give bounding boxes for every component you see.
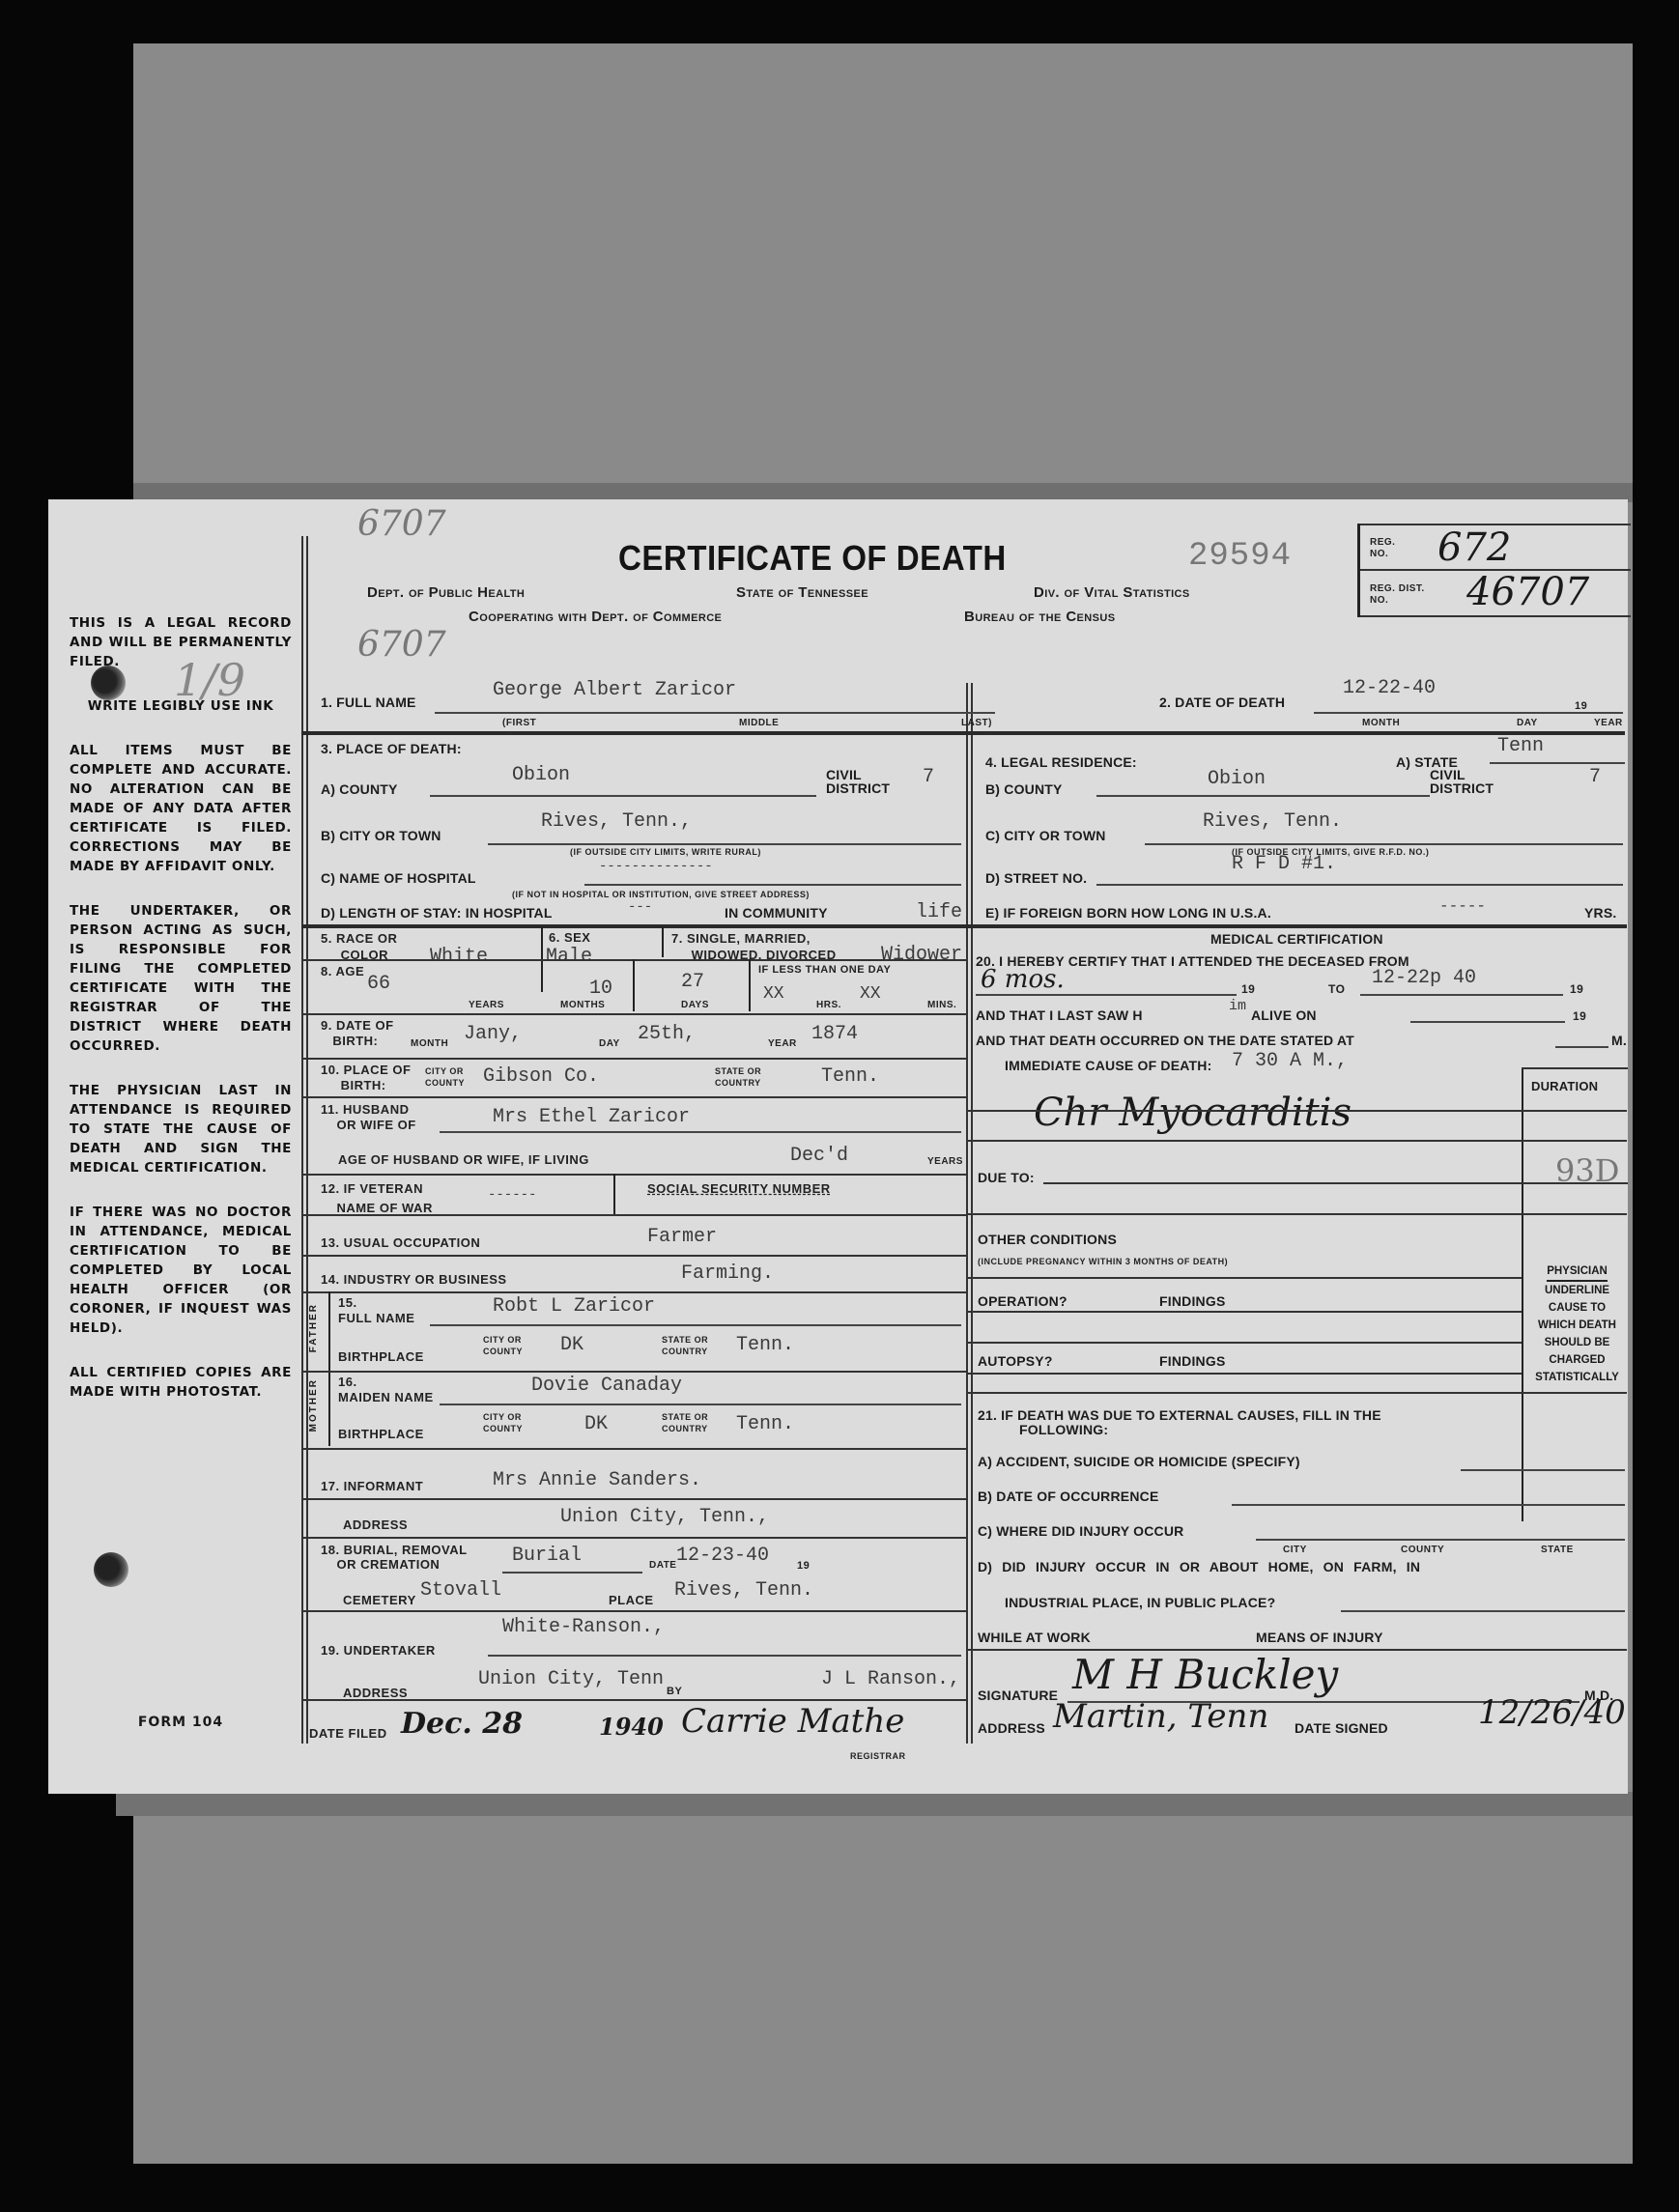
alive-on-label: ALIVE ON xyxy=(1251,1007,1317,1023)
header-bureau: Bureau of the Census xyxy=(964,609,1115,625)
death-county-value: Obion xyxy=(512,764,570,786)
father-name-label: FULL NAME xyxy=(338,1311,414,1325)
label-line: COUNTRY xyxy=(662,1424,708,1433)
injury-county-sublabel: COUNTY xyxy=(1401,1545,1444,1555)
mother-city-value: DK xyxy=(584,1413,608,1435)
residence-state-value: Tenn xyxy=(1497,735,1544,757)
label-line: STATE OR xyxy=(662,1412,708,1422)
cell-divider xyxy=(633,959,635,1011)
spouse-age-value: Dec'd xyxy=(790,1145,848,1167)
burial-place-label: PLACE xyxy=(609,1593,654,1607)
row-divider xyxy=(301,959,968,961)
header-dept: Dept. of Public Health xyxy=(367,584,525,601)
label-line: 11. HUSBAND xyxy=(321,1102,409,1117)
occupation-value: Farmer xyxy=(647,1226,717,1248)
age-months-label: MONTHS xyxy=(560,1000,605,1010)
row-divider xyxy=(301,1448,968,1450)
first-sublabel: (FIRST xyxy=(502,718,536,728)
reg-no-value: 672 xyxy=(1437,525,1511,570)
note-line: CHARGED xyxy=(1526,1351,1628,1369)
instruction-photostat: ALL CERTIFIED COPIES ARE MADE WITH PHOTO… xyxy=(70,1363,292,1402)
injury-where-label: C) WHERE DID INJURY OCCUR xyxy=(978,1523,1183,1539)
label-line: BIRTH: xyxy=(332,1034,378,1048)
race-label: 5. RACE OR COLOR xyxy=(321,930,397,963)
physician-address-value: Martin, Tenn xyxy=(1053,1697,1268,1736)
age-mins-label: MINS. xyxy=(927,1000,956,1010)
year-sublabel: YEAR xyxy=(1594,718,1623,728)
veteran-value: ------ xyxy=(488,1187,536,1203)
external-causes-heading: 21. IF DEATH WAS DUE TO EXTERNAL CAUSES,… xyxy=(978,1407,1381,1423)
row-divider xyxy=(301,1537,968,1539)
underline xyxy=(1232,1504,1625,1506)
cell-divider xyxy=(613,1174,615,1214)
underline xyxy=(488,1655,961,1657)
instruction-complete-accurate: ALL ITEMS MUST BE COMPLETE AND ACCURATE.… xyxy=(70,741,292,876)
father-birthplace-label: BIRTHPLACE xyxy=(338,1349,424,1364)
section-divider xyxy=(301,731,1625,735)
underline xyxy=(1256,1539,1625,1541)
label-line: 9. DATE OF xyxy=(321,1018,394,1033)
underline xyxy=(1145,843,1623,845)
while-at-work-label: WHILE AT WORK xyxy=(978,1630,1091,1645)
last-sublabel: LAST) xyxy=(961,718,992,728)
underline xyxy=(1461,1469,1625,1471)
label-line: 7. SINGLE, MARRIED, xyxy=(671,931,811,946)
industry-label: 14. INDUSTRY OR BUSINESS xyxy=(321,1272,507,1287)
note-line: CAUSE TO xyxy=(1526,1299,1628,1317)
dob-month-value: Jany, xyxy=(464,1023,522,1045)
father-state-value: Tenn. xyxy=(736,1334,794,1356)
foreign-yrs-label: YRS. xyxy=(1584,905,1616,921)
undertaker-by-label: BY xyxy=(667,1686,682,1697)
cemetery-label: CEMETERY xyxy=(343,1593,416,1607)
registration-box: REG.NO. 672 REG. DIST.NO. 46707 xyxy=(1357,524,1631,617)
date-signed-value: 12/26/40 xyxy=(1478,1693,1626,1732)
alive-year-prefix: 19 xyxy=(1573,1009,1586,1023)
injury-state-sublabel: STATE xyxy=(1541,1545,1574,1555)
row-divider xyxy=(301,1214,968,1216)
section-divider xyxy=(968,924,1627,928)
instructions-sidebar: THIS IS A LEGAL RECORD AND WILL BE PERMA… xyxy=(70,613,292,1427)
mother-birthplace-label: BIRTHPLACE xyxy=(338,1427,424,1441)
burial-date-value: 12-23-40 xyxy=(676,1545,769,1567)
veteran-label: 12. IF VETERAN NAME OF WAR xyxy=(321,1179,433,1218)
pencil-note: 6707 xyxy=(357,625,446,665)
underline xyxy=(440,1131,961,1133)
middle-sublabel: MIDDLE xyxy=(739,718,779,728)
full-name-label: 1. FULL NAME xyxy=(321,695,416,710)
underline xyxy=(430,1324,961,1326)
punch-hole-icon xyxy=(94,1552,128,1587)
injury-place-label-2: INDUSTRIAL PLACE, IN PUBLIC PLACE? xyxy=(1005,1595,1275,1610)
label-line: NO. xyxy=(1370,595,1388,606)
underline xyxy=(1341,1610,1625,1612)
row-divider xyxy=(301,1255,968,1257)
hospital-label: C) NAME OF HOSPITAL xyxy=(321,870,476,886)
date-filed-label: DATE FILED xyxy=(309,1726,387,1741)
physician-signature: M H Buckley xyxy=(1072,1651,1338,1698)
residence-civil-district-label: CIVILDISTRICT xyxy=(1430,768,1494,795)
cell-divider xyxy=(749,959,751,1011)
spouse-age-label: AGE OF HUSBAND OR WIFE, IF LIVING xyxy=(338,1152,589,1167)
mother-name-label: MAIDEN NAME xyxy=(338,1390,434,1404)
registrar-label: REGISTRAR xyxy=(850,1751,906,1761)
row-divider xyxy=(301,1174,968,1176)
section-divider xyxy=(968,1392,1627,1394)
age-hrs-value: XX xyxy=(763,984,784,1004)
death-county-label: A) COUNTY xyxy=(321,781,398,797)
label-line: 12. IF VETERAN xyxy=(321,1181,423,1196)
row-divider xyxy=(1522,1067,1628,1069)
full-name-value: George Albert Zaricor xyxy=(493,679,736,701)
attended-to-value: 12-22p 40 xyxy=(1372,967,1476,989)
operation-label: OPERATION? xyxy=(978,1293,1067,1309)
label-line: REG. DIST. xyxy=(1370,583,1425,594)
external-causes-heading-2: FOLLOWING: xyxy=(1019,1422,1108,1437)
age-label: 8. AGE xyxy=(321,964,364,978)
hospital-note: (IF NOT IN HOSPITAL OR INSTITUTION, GIVE… xyxy=(512,890,810,899)
physician-address-label: ADDRESS xyxy=(978,1720,1045,1736)
label-line: BIRTH: xyxy=(341,1078,386,1092)
label-line: COUNTY xyxy=(425,1078,465,1088)
label-line: COUNTRY xyxy=(715,1078,761,1088)
underline xyxy=(1410,1021,1565,1023)
row-divider xyxy=(968,1342,1522,1344)
underline xyxy=(584,884,961,886)
cause-of-death-value: Chr Myocarditis xyxy=(1034,1091,1352,1135)
father-name-value: Robt L Zaricor xyxy=(493,1295,655,1318)
burial-label: 18. BURIAL, REMOVAL OR CREMATION xyxy=(321,1543,468,1572)
race-value: White xyxy=(430,946,488,968)
occupation-label: 13. USUAL OCCUPATION xyxy=(321,1235,480,1250)
underline xyxy=(1096,795,1430,797)
residence-city-label: C) CITY OR TOWN xyxy=(985,828,1106,843)
date-filed-value: Dec. 28 xyxy=(401,1707,523,1741)
father-side-label: FATHER xyxy=(308,1303,319,1352)
punch-hole-icon xyxy=(91,666,126,700)
pob-label: 10. PLACE OF BIRTH: xyxy=(321,1063,411,1093)
date-of-death-value: 12-22-40 xyxy=(1343,677,1436,699)
attended-from-value: 6 mos. xyxy=(981,965,1065,994)
last-saw-fill: im xyxy=(1229,998,1246,1014)
underline xyxy=(435,712,995,714)
pob-city-value: Gibson Co. xyxy=(483,1065,599,1088)
age-months-value: 10 xyxy=(589,978,612,1000)
injury-place-label: D) DID INJURY OCCUR IN OR ABOUT HOME, ON… xyxy=(978,1559,1420,1574)
dob-day-value: 25th, xyxy=(638,1023,696,1045)
underline xyxy=(1555,1046,1608,1048)
frame-left-border xyxy=(301,536,308,1744)
form-number: FORM 104 xyxy=(70,1715,292,1730)
label-line: DISTRICT xyxy=(826,780,890,796)
father-state-label: STATE ORCOUNTRY xyxy=(662,1334,708,1357)
label-line: OR CREMATION xyxy=(336,1557,440,1572)
foreign-born-label: E) IF FOREIGN BORN HOW LONG IN U.S.A. xyxy=(985,905,1271,921)
mother-name-value: Dovie Canaday xyxy=(531,1375,682,1397)
spouse-years-label: YEARS xyxy=(927,1156,963,1167)
underline xyxy=(502,1572,642,1574)
underline xyxy=(1490,762,1625,764)
undertaker-value: White-Ranson., xyxy=(502,1616,665,1638)
undertaker-address-value: Union City, Tenn xyxy=(478,1668,664,1690)
cemetery-value: Stovall xyxy=(420,1579,501,1602)
operation-findings-label: FINDINGS xyxy=(1159,1293,1226,1309)
death-district-value: 7 xyxy=(923,766,934,788)
date-of-death-label: 2. DATE OF DEATH xyxy=(1159,695,1285,710)
age-years-label: YEARS xyxy=(469,1000,504,1010)
stay-community-label: IN COMMUNITY xyxy=(725,905,828,921)
burial-year-prefix: 19 xyxy=(797,1560,810,1572)
label-line: CITY OR xyxy=(483,1335,522,1345)
residence-county-label: B) COUNTY xyxy=(985,781,1063,797)
physician-underline-note: PHYSICIAN UNDERLINE CAUSE TO WHICH DEATH… xyxy=(1526,1262,1628,1386)
ssn-label: SOCIAL SECURITY NUMBER xyxy=(647,1181,831,1196)
marital-value: Widower xyxy=(881,944,962,966)
header-division: Div. of Vital Statistics xyxy=(1034,584,1190,601)
row-divider xyxy=(301,1699,968,1701)
underline xyxy=(430,795,816,797)
sex-label: 6. SEX xyxy=(549,930,590,945)
section-divider xyxy=(301,924,968,928)
instruction-undertaker: THE UNDERTAKER, OR PERSON ACTING AS SUCH… xyxy=(70,901,292,1056)
cell-divider xyxy=(328,1291,330,1446)
residence-city-value: Rives, Tenn. xyxy=(1203,810,1342,833)
label-line: CITY OR xyxy=(483,1412,522,1422)
date-filed-year: 1940 xyxy=(599,1713,664,1741)
undertaker-address-label: ADDRESS xyxy=(343,1686,408,1700)
place-of-death-heading: 3. PLACE OF DEATH: xyxy=(321,741,462,756)
dob-day-label: DAY xyxy=(599,1038,620,1049)
means-of-injury-label: MEANS OF INJURY xyxy=(1256,1630,1383,1645)
medical-heading: MEDICAL CERTIFICATION xyxy=(1210,931,1383,947)
industry-value: Farming. xyxy=(681,1262,774,1285)
age-mins-value: XX xyxy=(860,984,881,1004)
informant-value: Mrs Annie Sanders. xyxy=(493,1469,701,1491)
mother-state-label: STATE ORCOUNTRY xyxy=(662,1411,708,1434)
stay-hospital-value: --- xyxy=(628,899,652,915)
to-year-prefix: 19 xyxy=(1570,982,1583,996)
label-line: 5. RACE OR xyxy=(321,931,397,946)
sex-value: Male xyxy=(546,946,592,968)
certificate-stamp-number: 29594 xyxy=(1188,538,1292,575)
label-line: OR WIFE OF xyxy=(336,1118,415,1132)
duration-column-divider xyxy=(1522,1067,1523,1521)
cell-divider xyxy=(662,926,664,957)
row-divider xyxy=(301,1498,968,1500)
label-line: REG. xyxy=(1370,537,1395,548)
to-label: TO xyxy=(1328,982,1345,996)
pencil-note: 6707 xyxy=(357,504,446,544)
note-line: SHOULD BE xyxy=(1526,1334,1628,1351)
father-city-label: CITY ORCOUNTY xyxy=(483,1334,523,1357)
note-line: WHICH DEATH xyxy=(1526,1317,1628,1334)
stay-community-value: life xyxy=(916,901,962,923)
cause-line xyxy=(1043,1182,1628,1184)
label-line: NO. xyxy=(1370,549,1388,559)
label-line: 10. PLACE OF xyxy=(321,1063,411,1077)
row-divider xyxy=(968,1311,1522,1313)
marital-label: 7. SINGLE, MARRIED, WIDOWED, DIVORCED xyxy=(671,930,837,963)
hospital-value: -------------- xyxy=(599,859,713,874)
meridiem-label: M. xyxy=(1611,1033,1627,1048)
age-hrs-label: HRS. xyxy=(816,1000,841,1010)
label-line: COUNTY xyxy=(483,1424,523,1433)
underline xyxy=(1360,994,1563,996)
spouse-label: 11. HUSBAND OR WIFE OF xyxy=(321,1102,416,1133)
dob-year-value: 1874 xyxy=(811,1023,858,1045)
accident-label: A) ACCIDENT, SUICIDE OR HOMICIDE (SPECIF… xyxy=(978,1454,1300,1469)
father-num: 15. xyxy=(338,1295,357,1310)
death-city-label: B) CITY OR TOWN xyxy=(321,828,441,843)
burial-date-label: DATE xyxy=(649,1560,676,1571)
row-divider xyxy=(301,1096,968,1098)
autopsy-findings-label: FINDINGS xyxy=(1159,1353,1226,1369)
foreign-born-value: ----- xyxy=(1439,897,1486,915)
reg-no-label: REG.NO. xyxy=(1370,537,1395,560)
legal-residence-heading: 4. LEGAL RESIDENCE: xyxy=(985,754,1137,770)
underline xyxy=(1096,884,1623,886)
note-line: PHYSICIAN xyxy=(1547,1262,1608,1282)
label-line: STATE OR xyxy=(662,1335,708,1345)
label-line: NAME OF WAR xyxy=(336,1201,432,1215)
label-line: 18. BURIAL, REMOVAL xyxy=(321,1543,468,1557)
signature-label: SIGNATURE xyxy=(978,1687,1058,1703)
age-years-value: 66 xyxy=(367,973,390,995)
underline xyxy=(976,994,1237,996)
year-prefix: 19 xyxy=(1575,700,1587,712)
undertaker-label: 19. UNDERTAKER xyxy=(321,1643,436,1658)
mother-state-value: Tenn. xyxy=(736,1413,794,1435)
mother-num: 16. xyxy=(338,1375,357,1389)
label-line: STATE OR xyxy=(715,1066,761,1076)
stay-hospital-label: D) LENGTH OF STAY: IN HOSPITAL xyxy=(321,905,553,921)
row-divider xyxy=(968,1277,1522,1279)
month-sublabel: MONTH xyxy=(1362,718,1400,728)
day-sublabel: DAY xyxy=(1517,718,1538,728)
note-line: UNDERLINE xyxy=(1526,1282,1628,1299)
death-city-note: (IF OUTSIDE CITY LIMITS, WRITE RURAL) xyxy=(570,847,761,857)
street-value: R F D #1. xyxy=(1232,853,1336,875)
residence-county-value: Obion xyxy=(1208,768,1266,790)
spouse-value: Mrs Ethel Zaricor xyxy=(493,1106,690,1128)
other-conditions-note: (INCLUDE PREGNANCY WITHIN 3 MONTHS OF DE… xyxy=(978,1257,1228,1266)
header-state: State of Tennessee xyxy=(736,584,868,601)
note-line: STATISTICALLY xyxy=(1526,1369,1628,1386)
death-time-value: 7 30 A M., xyxy=(1232,1050,1348,1072)
pob-state-label: STATE ORCOUNTRY xyxy=(715,1065,761,1089)
informant-address-value: Union City, Tenn., xyxy=(560,1506,769,1528)
occurrence-date-label: B) DATE OF OCCURRENCE xyxy=(978,1489,1159,1504)
mount-shadow xyxy=(116,1792,1633,1816)
informant-label: 17. INFORMANT xyxy=(321,1479,423,1493)
row-divider xyxy=(301,1058,968,1060)
age-days-value: 27 xyxy=(681,971,704,993)
dob-label: 9. DATE OF BIRTH: xyxy=(321,1018,394,1049)
due-to-label: DUE TO: xyxy=(978,1170,1035,1185)
informant-address-label: ADDRESS xyxy=(343,1517,408,1532)
reg-dist-label: REG. DIST.NO. xyxy=(1370,583,1425,607)
row-divider xyxy=(968,1373,1522,1375)
last-saw-label: AND THAT I LAST SAW H xyxy=(976,1007,1143,1023)
label-line: COUNTY xyxy=(483,1347,523,1356)
page-title: CERTIFICATE OF DEATH xyxy=(618,538,1007,579)
reg-dist-value: 46707 xyxy=(1466,570,1589,614)
cause-line xyxy=(968,1110,1627,1112)
label-line: DISTRICT xyxy=(1430,780,1494,796)
pob-state-value: Tenn. xyxy=(821,1065,879,1088)
death-occurred-label: AND THAT DEATH OCCURRED ON THE DATE STAT… xyxy=(976,1033,1354,1048)
divider xyxy=(1360,615,1631,617)
cause-line xyxy=(968,1213,1627,1215)
death-certificate: THIS IS A LEGAL RECORD AND WILL BE PERMA… xyxy=(48,499,1628,1794)
residence-district-value: 7 xyxy=(1589,766,1601,788)
registrar-signature: Carrie Mathe xyxy=(681,1702,904,1741)
undertaker-by-value: J L Ranson., xyxy=(821,1668,960,1690)
less-than-day-label: IF LESS THAN ONE DAY xyxy=(758,964,891,976)
pencil-mark: 1/9 xyxy=(174,654,245,706)
from-year-prefix: 19 xyxy=(1241,982,1255,996)
death-city-value: Rives, Tenn., xyxy=(541,810,692,833)
underline xyxy=(488,843,961,845)
mother-side-label: MOTHER xyxy=(308,1378,319,1432)
dob-month-label: MONTH xyxy=(411,1038,448,1049)
row-divider xyxy=(301,1013,968,1015)
immediate-cause-label: IMMEDIATE CAUSE OF DEATH: xyxy=(1005,1058,1211,1073)
instruction-physician: THE PHYSICIAN LAST IN ATTENDANCE IS REQU… xyxy=(70,1081,292,1177)
burial-place-value: Rives, Tenn. xyxy=(674,1579,813,1602)
pob-city-label: CITY ORCOUNTY xyxy=(425,1065,465,1089)
dob-year-label: YEAR xyxy=(768,1038,797,1049)
age-days-label: DAYS xyxy=(681,1000,709,1010)
injury-city-sublabel: CITY xyxy=(1283,1545,1307,1555)
underline xyxy=(440,1404,961,1405)
cause-line xyxy=(968,1140,1627,1142)
label-line: CITY OR xyxy=(425,1066,464,1076)
label-line: COUNTRY xyxy=(662,1347,708,1356)
header-cooperating: Cooperating with Dept. of Commerce xyxy=(469,609,722,625)
father-city-value: DK xyxy=(560,1334,583,1356)
date-signed-label: DATE SIGNED xyxy=(1295,1720,1388,1736)
death-civil-district-label: CIVILDISTRICT xyxy=(826,768,890,795)
autopsy-label: AUTOPSY? xyxy=(978,1353,1053,1369)
row-divider xyxy=(301,1291,968,1293)
other-conditions-label: OTHER CONDITIONS xyxy=(978,1232,1117,1247)
underline xyxy=(1314,712,1623,714)
burial-value: Burial xyxy=(512,1545,582,1567)
row-divider xyxy=(301,1371,968,1373)
instruction-no-doctor: IF THERE WAS NO DOCTOR IN ATTENDANCE, ME… xyxy=(70,1203,292,1338)
mother-city-label: CITY ORCOUNTY xyxy=(483,1411,523,1434)
duration-label: DURATION xyxy=(1531,1079,1598,1093)
row-divider xyxy=(301,1610,968,1612)
street-label: D) STREET NO. xyxy=(985,870,1087,886)
